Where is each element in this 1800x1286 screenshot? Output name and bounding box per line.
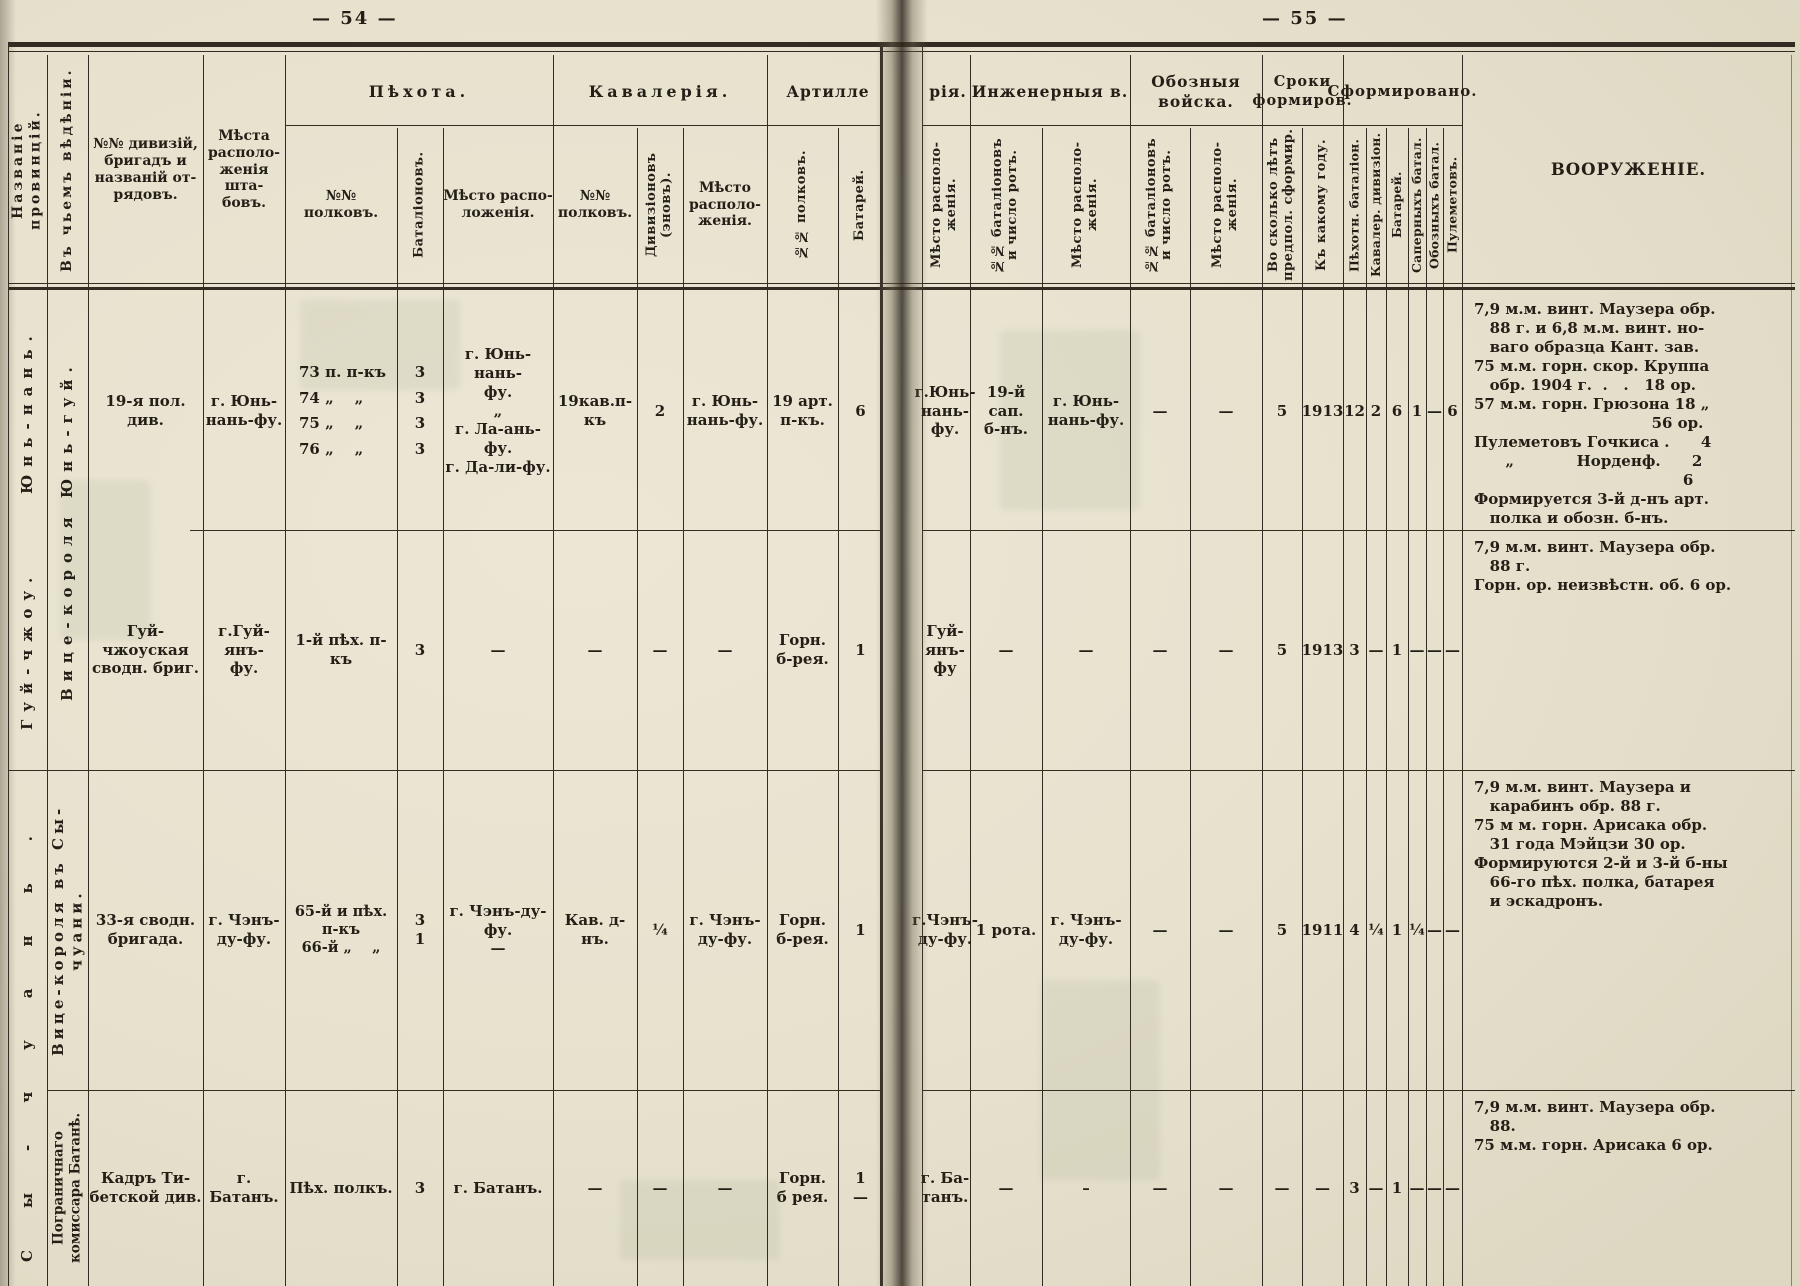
- row4-cavalry-divisions: —: [637, 1090, 683, 1286]
- jurisdiction-viceroy-yungui: Вице-короля Юнь-гуй.: [47, 292, 88, 770]
- row1-term-year: 1913: [1302, 292, 1343, 530]
- header-cavalry-location: Мѣсто располо- женія.: [683, 128, 767, 282]
- row4-formed-train: —: [1426, 1090, 1443, 1286]
- row4-formed-cavalry: —: [1366, 1090, 1386, 1286]
- row3-hq: г. Чэнъ- ду-фу.: [203, 770, 285, 1090]
- rule: [8, 42, 1795, 47]
- row3-engineers-battalions: 1 рота.: [970, 770, 1042, 1090]
- row3-cavalry-regiments: Кав. д-нъ.: [553, 770, 637, 1090]
- row3-infantry-regiments: 65-й и пѣх. п-къ 66-й „ „: [285, 770, 397, 1090]
- row1-cavalry-divisions: 2: [637, 292, 683, 530]
- row2-formed-cavalry: —: [1366, 530, 1386, 770]
- row3-cavalry-location: г. Чэнъ- ду-фу.: [683, 770, 767, 1090]
- row2-armament: 7,9 м.м. винт. Маузера обр. 88 г. Горн. …: [1462, 530, 1795, 770]
- header-cavalry-divisions: Дивизіоновъ (эновъ).: [637, 128, 683, 282]
- row4-term-year: —: [1302, 1090, 1343, 1286]
- row2-engineers-location: —: [1042, 530, 1130, 770]
- row3-formed-cavalry: ¼: [1366, 770, 1386, 1090]
- row3-artillery-location: г.Чэнъ- ду-фу.: [920, 770, 970, 1090]
- row4-term-years: —: [1262, 1090, 1302, 1286]
- row3-term-year: 1911: [1302, 770, 1343, 1090]
- row2-artillery-regiments: Горн. б-рея.: [767, 530, 838, 770]
- row1-engineers-location: г. Юнь- нань-фу.: [1042, 292, 1130, 530]
- header-group-formed: Сформировано.: [1343, 58, 1462, 125]
- row4-formed-infantry: 3: [1343, 1090, 1366, 1286]
- header-group-train: Обозныя войска.: [1130, 58, 1262, 125]
- header-cavalry-regiments: №№ полковъ.: [553, 128, 637, 282]
- row4-infantry-regiments: Пѣх. полкъ.: [285, 1090, 397, 1286]
- row2-artillery-location: Гуй- янъ-фу: [920, 530, 970, 770]
- row4-engineers-location: –: [1042, 1090, 1130, 1286]
- row2-train-location: —: [1190, 530, 1262, 770]
- row4-formed-sapper: —: [1408, 1090, 1426, 1286]
- row4-cavalry-location: —: [683, 1090, 767, 1286]
- header-group-artillery-right: рія.: [922, 58, 974, 125]
- row2-infantry-battalions: 3: [397, 530, 443, 770]
- row1-armament: 7,9 м.м. винт. Маузера обр. 88 г. и 6,8 …: [1462, 292, 1795, 530]
- header-hq: Мѣста располо- женія шта- бовъ.: [203, 58, 285, 282]
- row3-artillery-regiments: Горн. б-рея.: [767, 770, 838, 1090]
- row2-cavalry-location: —: [683, 530, 767, 770]
- row3-formed-infantry: 4: [1343, 770, 1366, 1090]
- row4-artillery-regiments: Горн. б рея.: [767, 1090, 838, 1286]
- header-group-infantry: Пѣхота.: [285, 58, 553, 125]
- row3-division: 33-я сводн. бригада.: [88, 770, 203, 1090]
- row3-infantry-location: г. Чэнъ-ду-фу. —: [443, 770, 553, 1090]
- row1-hq: г. Юнь- нань-фу.: [203, 292, 285, 530]
- header-division: №№ дивизій, бригадъ и названій от- рядов…: [88, 58, 203, 282]
- row1-formed-mg: 6: [1443, 292, 1462, 530]
- row4-hq: г. Батанъ.: [203, 1090, 285, 1286]
- row4-infantry-location: г. Батанъ.: [443, 1090, 553, 1286]
- rule: [8, 283, 1795, 284]
- header-formed-train: Обозныхъ батал.: [1426, 128, 1443, 282]
- header-formed-sapper: Саперныхъ батал.: [1408, 128, 1426, 282]
- row3-formed-sapper: ¼: [1408, 770, 1426, 1090]
- header-formed-infantry: Пѣхотн. баталіон.: [1343, 128, 1366, 282]
- row2-formed-batteries: 1: [1386, 530, 1408, 770]
- row4-train-location: —: [1190, 1090, 1262, 1286]
- row1-engineers-battalions: 19-й сап. б-нъ.: [970, 292, 1042, 530]
- row2-formed-infantry: 3: [1343, 530, 1366, 770]
- row3-engineers-location: г. Чэнъ- ду-фу.: [1042, 770, 1130, 1090]
- row2-cavalry-regiments: —: [553, 530, 637, 770]
- header-terms-by-year: Къ какому году.: [1302, 128, 1343, 282]
- row1-infantry-battalions: 3 3 3 3: [397, 292, 443, 530]
- row3-cavalry-divisions: ¼: [637, 770, 683, 1090]
- header-train-battalions: №№ баталіоновъ и число ротъ.: [1130, 128, 1190, 282]
- row2-infantry-location: —: [443, 530, 553, 770]
- row2-formed-sapper: —: [1408, 530, 1426, 770]
- row3-infantry-battalions: 3 1: [397, 770, 443, 1090]
- row4-division: Кадръ Ти- бетской див.: [88, 1090, 203, 1286]
- row2-infantry-regiments: 1-й пѣх. п-къ: [285, 530, 397, 770]
- header-formed-mg: Пулеметовъ.: [1443, 128, 1462, 282]
- row1-formed-infantry: 12: [1343, 292, 1366, 530]
- header-group-engineers: Инженерныя в.: [970, 58, 1130, 125]
- header-terms-years: Во сколько лѣтъ предпол. сформир.: [1262, 128, 1302, 282]
- header-engineers-battalions: №№ баталіоновъ и число ротъ.: [970, 128, 1042, 282]
- row2-cavalry-divisions: —: [637, 530, 683, 770]
- rule: [8, 51, 1795, 52]
- row1-train-location: —: [1190, 292, 1262, 530]
- row1-cavalry-location: г. Юнь- нань-фу.: [683, 292, 767, 530]
- header-group-cavalry: Кавалерія.: [553, 58, 767, 125]
- scanned-book-spread: — 54 — — 55 — Названіе провинцій. Въ чье…: [0, 0, 1800, 1286]
- header-jurisdiction: Въ чьемъ вѣдѣніи.: [47, 58, 88, 282]
- header-group-artillery-left: Артилле: [775, 58, 881, 125]
- header-armament: ВООРУЖЕНІЕ.: [1462, 58, 1795, 282]
- row4-engineers-battalions: —: [970, 1090, 1042, 1286]
- row4-cavalry-regiments: —: [553, 1090, 637, 1286]
- row1-formed-train: —: [1426, 292, 1443, 530]
- row3-train-battalions: —: [1130, 770, 1190, 1090]
- row2-hq: г.Гуй-янъ- фу.: [203, 530, 285, 770]
- row3-formed-batteries: 1: [1386, 770, 1408, 1090]
- row1-infantry-regiments: 73 п. п-къ 74 „ „ 75 „ „ 76 „ „: [285, 292, 397, 530]
- rule: [285, 125, 881, 126]
- row1-infantry-location: г. Юнь-нань- фу. „ г. Ла-ань-фу. г. Да-л…: [443, 292, 553, 530]
- rule: [8, 287, 1795, 290]
- jurisdiction-border-commissar-batan: Пограничнаго комиссара Батанѣ.: [47, 1090, 88, 1286]
- row4-artillery-batteries: 1 —: [838, 1090, 883, 1286]
- row1-cavalry-regiments: 19кав.п-къ: [553, 292, 637, 530]
- row3-train-location: —: [1190, 770, 1262, 1090]
- row1-formed-sapper: 1: [1408, 292, 1426, 530]
- header-formed-batteries: Батарей.: [1386, 128, 1408, 282]
- header-artillery-regiments: №№ полковъ.: [767, 128, 838, 282]
- row4-formed-mg: —: [1443, 1090, 1462, 1286]
- left-page-number: — 54 —: [312, 8, 398, 29]
- header-infantry-regiments: №№ полковъ.: [285, 128, 397, 282]
- row2-division: Гуй-чжоуская сводн. бриг.: [88, 530, 203, 770]
- header-artillery-location: Мѣсто располо- женія.: [920, 128, 970, 282]
- row2-formed-mg: —: [1443, 530, 1462, 770]
- row3-armament: 7,9 м.м. винт. Маузера и карабинъ обр. 8…: [1462, 770, 1795, 1090]
- row4-armament: 7,9 м.м. винт. Маузера обр. 88. 75 м.м. …: [1462, 1090, 1795, 1286]
- row2-engineers-battalions: —: [970, 530, 1042, 770]
- province-sychuan: Сы-чуань.: [8, 770, 47, 1286]
- right-page-number: — 55 —: [1262, 8, 1348, 29]
- row3-term-years: 5: [1262, 770, 1302, 1090]
- row2-formed-train: —: [1426, 530, 1443, 770]
- row2-term-year: 1913: [1302, 530, 1343, 770]
- row4-artillery-location: г. Ба- танъ.: [920, 1090, 970, 1286]
- header-formed-cavalry: Кавалер. дивизіон.: [1366, 128, 1386, 282]
- row1-division: 19-я пол. див.: [88, 292, 203, 530]
- province-guizhou: Гуй-чжоу.: [8, 530, 47, 770]
- row2-artillery-batteries: 1: [838, 530, 883, 770]
- row2-term-years: 5: [1262, 530, 1302, 770]
- row1-term-years: 5: [1262, 292, 1302, 530]
- row4-infantry-battalions: 3: [397, 1090, 443, 1286]
- row1-artillery-batteries: 6: [838, 292, 883, 530]
- row1-artillery-location: г.Юнь- нань- фу.: [920, 292, 970, 530]
- row2-train-battalions: —: [1130, 530, 1190, 770]
- header-province: Названіе провинцій.: [8, 58, 47, 282]
- rule: [922, 125, 1462, 126]
- row1-formed-batteries: 6: [1386, 292, 1408, 530]
- row1-formed-cavalry: 2: [1366, 292, 1386, 530]
- header-infantry-battalions: Баталіоновъ.: [397, 128, 443, 282]
- row4-train-battalions: —: [1130, 1090, 1190, 1286]
- row3-artillery-batteries: 1: [838, 770, 883, 1090]
- row4-formed-batteries: 1: [1386, 1090, 1408, 1286]
- jurisdiction-viceroy-sychuan: Вице-короля въ Сы-чуани.: [47, 770, 88, 1090]
- header-train-location: Мѣсто располо- женія.: [1190, 128, 1262, 282]
- row3-formed-train: —: [1426, 770, 1443, 1090]
- header-infantry-location: Мѣсто распо- ложенія.: [443, 128, 553, 282]
- row1-artillery-regiments: 19 арт. п-къ.: [767, 292, 838, 530]
- province-yunnan: Юнь-нань.: [8, 292, 47, 530]
- row3-formed-mg: —: [1443, 770, 1462, 1090]
- header-artillery-batteries: Батарей.: [838, 128, 883, 282]
- header-engineers-location: Мѣсто располо- женія.: [1042, 128, 1130, 282]
- row1-train-battalions: —: [1130, 292, 1190, 530]
